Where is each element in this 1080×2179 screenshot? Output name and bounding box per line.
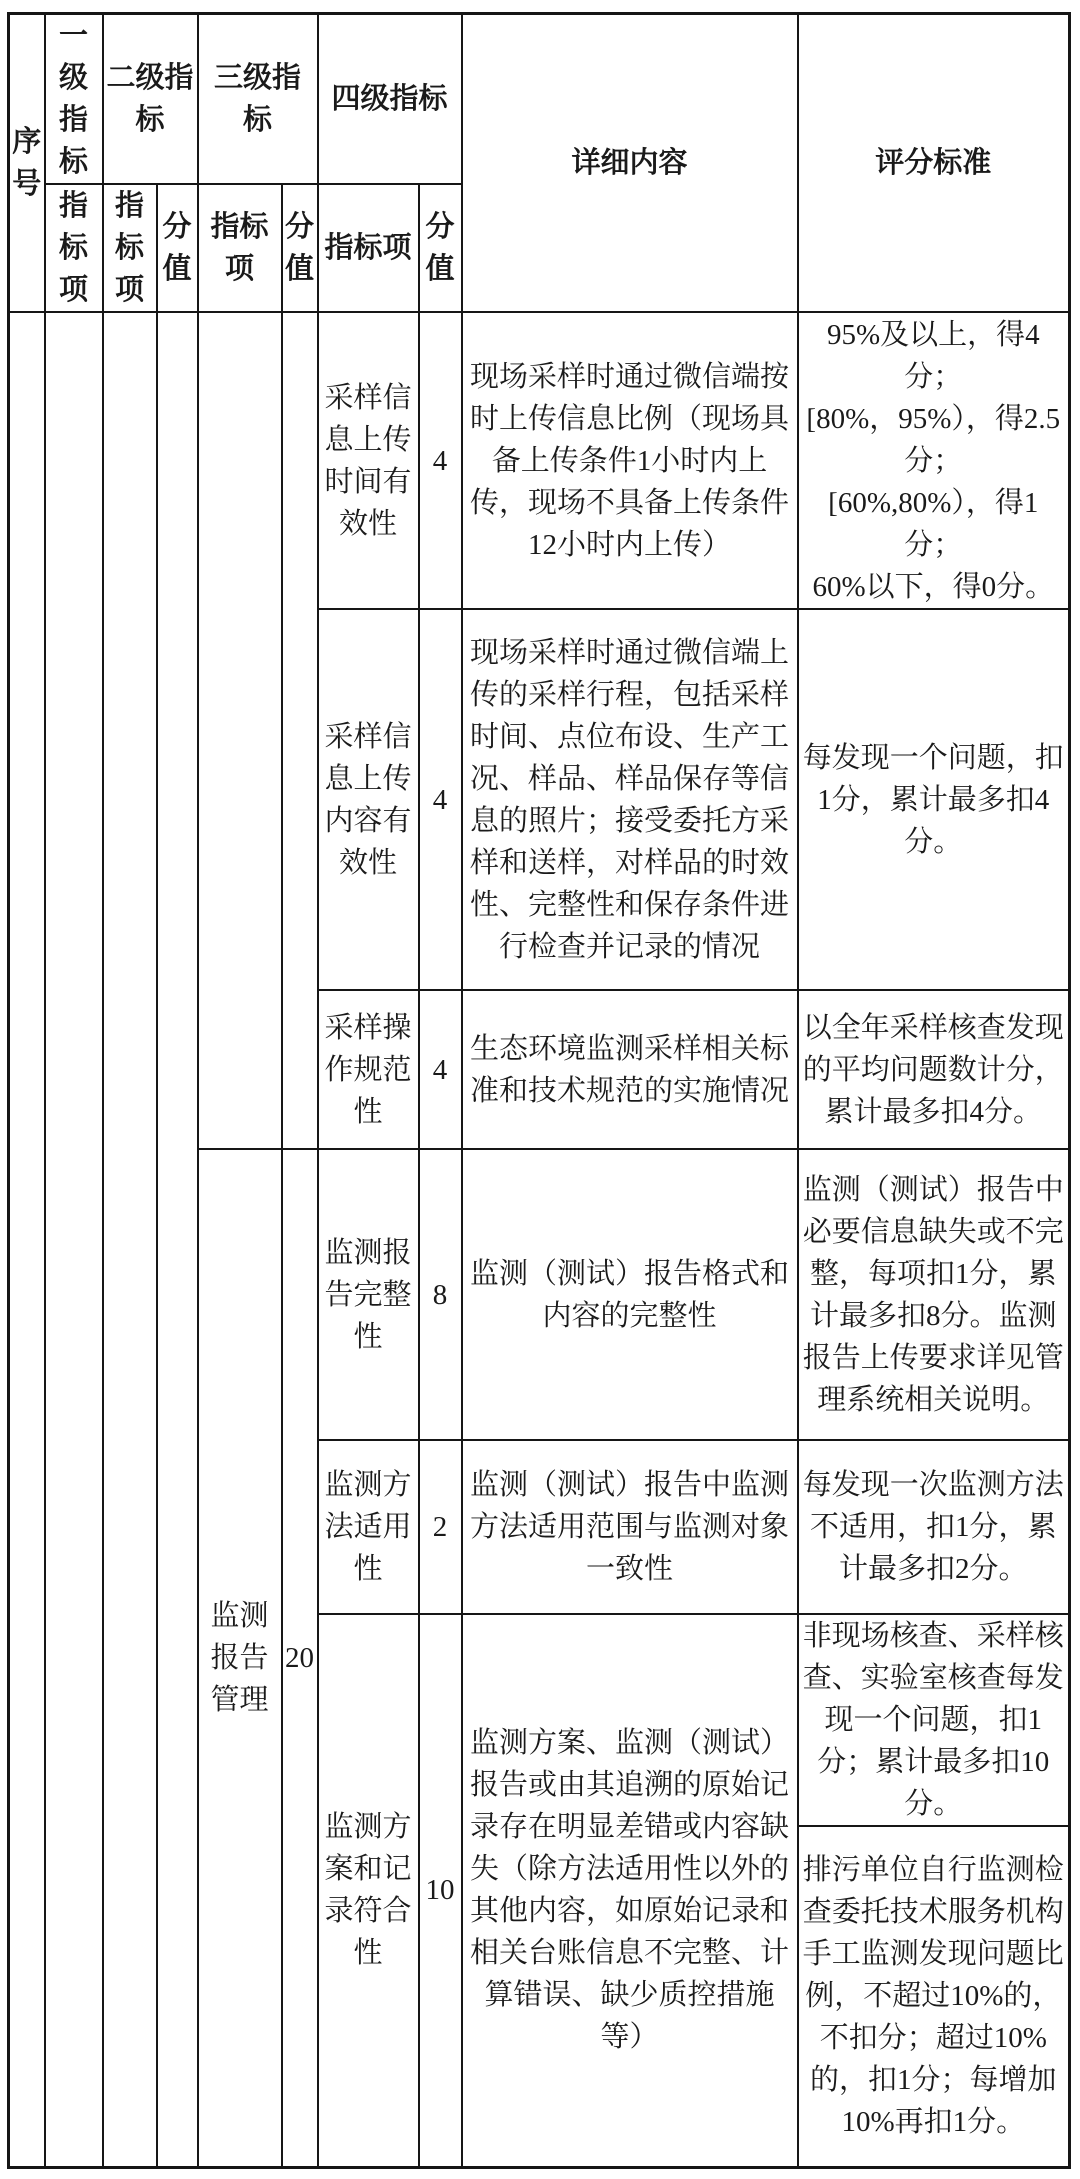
- level2-score-empty-cell: [157, 312, 198, 2167]
- l4-item-cell: 采样信息上传内容有效性: [318, 609, 419, 990]
- level2-item-empty-cell: [103, 312, 157, 2167]
- level2-header-cell: 二级指标: [103, 14, 198, 185]
- scoring-header-cell: 评分标准: [798, 14, 1070, 313]
- detail-cell: 现场采样时通过微信端上传的采样行程，包括采样时间、点位布设、生产工况、样品、样品…: [462, 609, 798, 990]
- level2-score-subheader-cell: 分值: [157, 184, 198, 312]
- level3-score-empty-cell: [282, 312, 318, 1149]
- document-page: 序号 一级指标 二级指标 三级指标 四级指标 详细内容 评分标准 指标项 指标项…: [0, 0, 1080, 2179]
- detail-cell: 监测方案、监测（测试）报告或由其追溯的原始记录存在明显差错或内容缺失（除方法适用…: [462, 1614, 798, 2167]
- l4-score-cell: 2: [419, 1440, 462, 1614]
- detail-cell: 现场采样时通过微信端按时上传信息比例（现场具备上传条件1小时内上传，现场不具备上…: [462, 312, 798, 609]
- scoring-cell-b: 排污单位自行监测检查委托技术服务机构手工监测发现问题比例，不超过10%的，不扣分…: [798, 1826, 1070, 2167]
- l4-item-cell: 监测报告完整性: [318, 1149, 419, 1440]
- serial-empty-cell: [9, 312, 45, 2167]
- l4-score-cell: 10: [419, 1614, 462, 2167]
- level2-item-subheader-cell: 指标项: [103, 184, 157, 312]
- level3-item-subheader-cell: 指标项: [198, 184, 282, 312]
- l4-item-cell: 采样操作规范性: [318, 990, 419, 1149]
- evaluation-table: 序号 一级指标 二级指标 三级指标 四级指标 详细内容 评分标准 指标项 指标项…: [7, 12, 1071, 2169]
- level3-header-cell: 三级指标: [198, 14, 318, 185]
- l4-score-cell: 4: [419, 312, 462, 609]
- detail-cell: 监测（测试）报告格式和内容的完整性: [462, 1149, 798, 1440]
- serial-header-cell: 序号: [9, 14, 45, 313]
- detail-header-cell: 详细内容: [462, 14, 798, 313]
- level4-item-subheader-cell: 指标项: [318, 184, 419, 312]
- level4-score-subheader-cell: 分值: [419, 184, 462, 312]
- detail-cell: 监测（测试）报告中监测方法适用范围与监测对象一致性: [462, 1440, 798, 1614]
- l4-score-cell: 4: [419, 609, 462, 990]
- l3-group-label-cell: 监测报告管理: [198, 1149, 282, 2167]
- scoring-cell: 每发现一次监测方法不适用，扣1分，累计最多扣2分。: [798, 1440, 1070, 1614]
- l4-item-cell: 采样信息上传时间有效性: [318, 312, 419, 609]
- l3-group-score-cell: 20: [282, 1149, 318, 2167]
- l4-score-cell: 4: [419, 990, 462, 1149]
- level4-header-cell: 四级指标: [318, 14, 462, 185]
- level1-header-cell: 一级指标: [45, 14, 103, 185]
- scoring-cell: 95%及以上，得4分； [80%，95%），得2.5分； [60%,80%），得…: [798, 312, 1070, 609]
- l4-item-cell: 监测方案和记录符合性: [318, 1614, 419, 2167]
- level3-score-subheader-cell: 分值: [282, 184, 318, 312]
- level1-item-subheader-cell: 指标项: [45, 184, 103, 312]
- l4-item-cell: 监测方法适用性: [318, 1440, 419, 1614]
- l4-score-cell: 8: [419, 1149, 462, 1440]
- scoring-cell: 每发现一个问题，扣1分，累计最多扣4分。: [798, 609, 1070, 990]
- level3-item-empty-cell: [198, 312, 282, 1149]
- header-row-1: 序号 一级指标 二级指标 三级指标 四级指标 详细内容 评分标准: [9, 14, 1070, 185]
- detail-cell: 生态环境监测采样相关标准和技术规范的实施情况: [462, 990, 798, 1149]
- table-row: 采样信息上传时间有效性 4 现场采样时通过微信端按时上传信息比例（现场具备上传条…: [9, 312, 1070, 609]
- scoring-cell: 以全年采样核查发现的平均问题数计分，累计最多扣4分。: [798, 990, 1070, 1149]
- scoring-cell: 监测（测试）报告中必要信息缺失或不完整，每项扣1分，累计最多扣8分。监测报告上传…: [798, 1149, 1070, 1440]
- scoring-cell-a: 非现场核查、采样核查、实验室核查每发现一个问题，扣1分；累计最多扣10分。: [798, 1614, 1070, 1826]
- level1-item-empty-cell: [45, 312, 103, 2167]
